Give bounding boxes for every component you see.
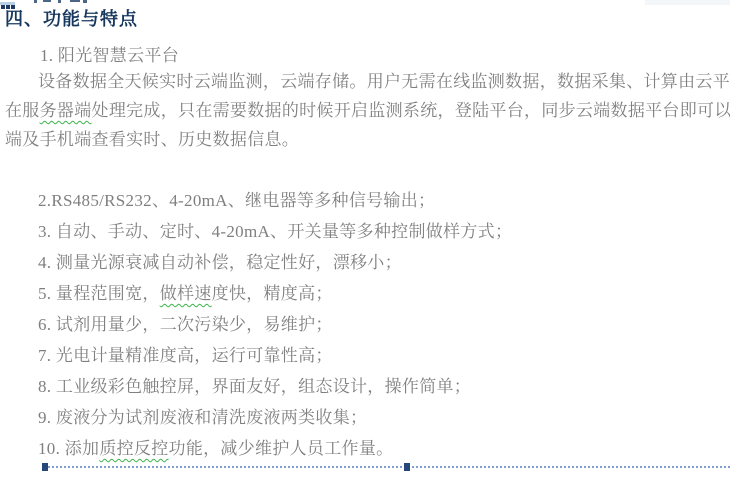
feature-item: 5. 量程范围宽，做样速度快，精度高； <box>38 279 512 310</box>
feature-text: 功能，减少维护人员工作量。 <box>169 439 394 458</box>
paragraph-text: 在服 <box>5 101 40 120</box>
crop-artifact-mark <box>58 0 61 3</box>
paragraph-line: 在服务器端处理完成，只在需要数据的时候开启监测系统，登陆平台，同步云端数据平台即… <box>5 96 730 121</box>
paragraph-text: 处理完成，只在需要数据的时候开启监测系统，登陆平台，同步云端数据平台即可以PC <box>92 101 730 120</box>
crop-artifact-mark <box>70 0 80 2</box>
section-heading: 四、功能与特点 <box>5 5 138 31</box>
spellcheck-underline: 做样速 <box>160 284 212 303</box>
crop-artifact-right <box>645 0 730 5</box>
feature-text: 10. 添加 <box>38 439 99 458</box>
feature-item: 9. 废液分为试剂废液和清洗废液两类收集； <box>38 403 512 434</box>
feature-text: 度快，精度高； <box>212 284 333 303</box>
selection-handle[interactable] <box>42 463 48 471</box>
feature-item: 8. 工业级彩色触控屏，界面友好，组态设计，操作简单； <box>38 372 512 403</box>
feature-item: 3. 自动、手动、定时、4-20mA、开关量等多种控制做样方式； <box>38 217 512 248</box>
feature-list: 2.RS485/RS232、4-20mA、继电器等多种信号输出； 3. 自动、手… <box>38 186 512 465</box>
feature-item: 7. 光电计量精准度高，运行可靠性高； <box>38 341 512 372</box>
feature-item: 2.RS485/RS232、4-20mA、继电器等多种信号输出； <box>38 186 512 217</box>
spellcheck-underline: 务器端 <box>40 101 92 120</box>
crop-artifact-mark <box>34 0 37 3</box>
subsection-title: 1. 阳光智慧云平台 <box>40 41 179 66</box>
paragraph-line: 设备数据全天候实时云端监测，云端存储。用户无需在线监测数据，数据采集、计算由云平… <box>38 67 730 92</box>
selection-border-dashed <box>44 466 730 468</box>
paragraph-line: 端及手机端查看实时、历史数据信息。 <box>5 125 299 150</box>
crop-artifact-mark <box>83 0 87 3</box>
feature-text: 5. 量程范围宽， <box>38 284 160 303</box>
document-page: 四、功能与特点 1. 阳光智慧云平台 设备数据全天候实时云端监测，云端存储。用户… <box>0 0 730 480</box>
feature-item: 6. 试剂用量少，二次污染少，易维护； <box>38 310 512 341</box>
selection-handle[interactable] <box>404 463 410 471</box>
feature-item: 4. 测量光源衰减自动补偿，稳定性好，漂移小； <box>38 248 512 279</box>
crop-artifact-mark <box>43 0 51 2</box>
feature-item: 10. 添加质控反控功能，减少维护人员工作量。 <box>38 434 512 465</box>
spellcheck-underline: 质控反控 <box>99 439 168 458</box>
